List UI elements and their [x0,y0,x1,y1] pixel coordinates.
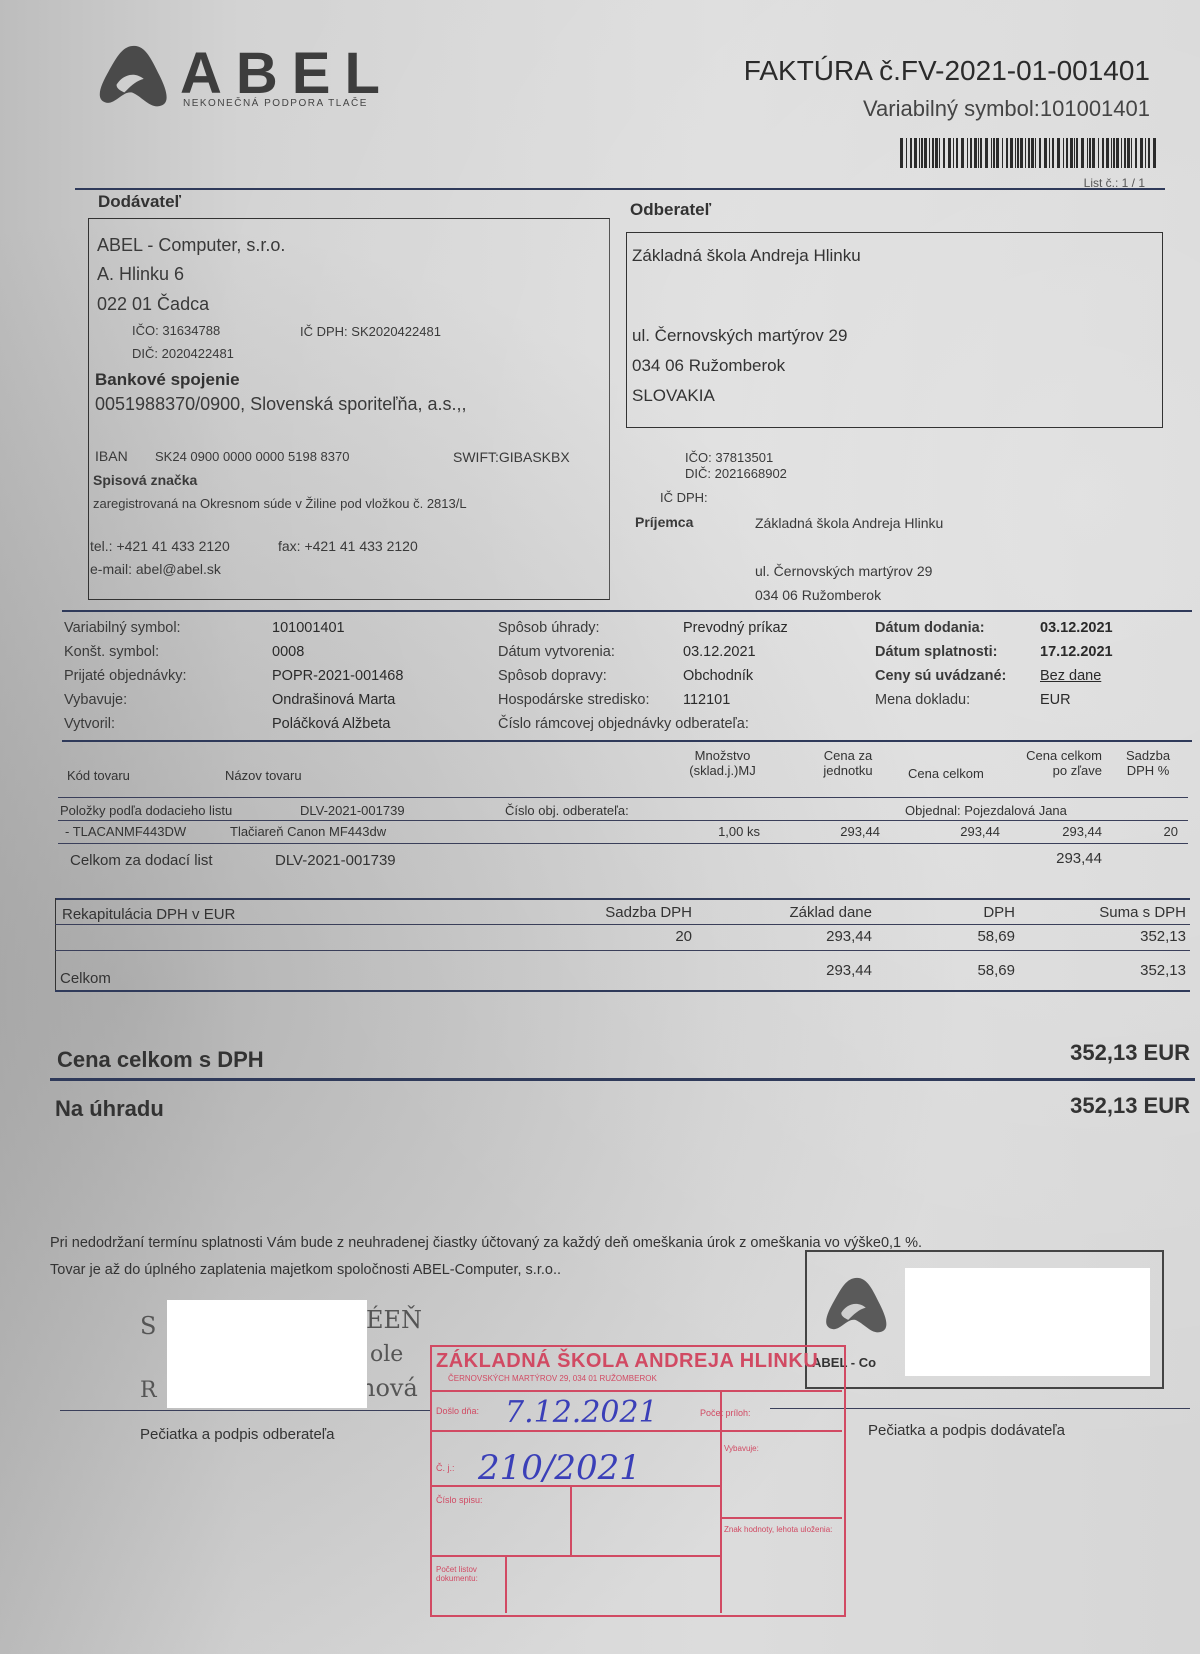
bank-heading: Bankové spojenie [95,370,240,390]
stamp-divider [430,1390,842,1392]
subtotal-value: 293,44 [1000,850,1102,867]
total-with-vat-label: Cena celkom s DPH [57,1047,264,1073]
bank-account: 0051988370/0900, Slovenská sporiteľňa, a… [95,394,467,415]
customer-sign-caption: Pečiatka a podpis odberateľa [140,1426,335,1443]
stamp-divider [505,1555,507,1613]
to-pay-value: 352,13 EUR [900,1093,1190,1119]
registry-received-label: Došlo dňa: [436,1406,479,1416]
customer-stamp-fragment: ÉEŇ [366,1306,422,1334]
barcode [900,138,1160,168]
rows-divider [58,843,1188,844]
stamp-divider [430,1555,720,1557]
vat-total-label: Celkom [60,970,111,987]
stamp-divider [430,1430,842,1432]
iban-value: SK24 0900 0000 0000 5198 8370 [155,449,349,464]
detail-label: Dátum vytvorenia: [498,644,615,660]
registry-stamp-school: ZÁKLADNÁ ŠKOLA ANDREJA HLINKU [436,1350,818,1373]
supplier-ic-dph: IČ DPH: SK2020422481 [300,324,441,339]
detail-value: EUR [1040,692,1071,708]
customer-stamp-fragment: R [140,1378,157,1403]
recipient-name: Základná škola Andreja Hlinku [755,515,943,531]
customer-city: 034 06 Ružomberok [632,356,785,376]
item-qty: 1,00 ks [660,824,760,839]
item-unit-price: 293,44 [790,824,880,839]
customer-stamp-fragment: nová [360,1374,418,1402]
registry-stamp-address: ČERNOVSKÝCH MARTÝROV 29, 034 01 RUŽOMBER… [448,1374,657,1383]
detail-value: Prevodný príkaz [683,620,788,636]
item-code: - TLACANMF443DW [65,824,225,839]
items-header-divider-top [62,740,1192,742]
item-name: Tlačiareň Canon MF443dw [230,824,460,839]
redacted-signature-supplier [905,1268,1150,1376]
customer-country: SLOVAKIA [632,386,715,406]
vat-summary-top [55,898,1190,900]
ownership-note: Tovar je až do úplného zaplatenia majetk… [50,1262,561,1278]
stamp-divider [720,1517,842,1519]
detail-label: Spôsob úhrady: [498,620,600,636]
subtotal-delivery-note: DLV-2021-001739 [275,852,396,869]
vat-total-vat: 58,69 [920,962,1015,979]
vat-row-rate: 20 [570,928,692,945]
detail-label: Vytvoril: [64,716,115,732]
customer-sign-line [60,1410,430,1411]
vat-rows-divider [55,950,1190,951]
detail-label: Vybavuje: [64,692,127,708]
registry-storage-label: Znak hodnoty, lehota uloženia: [724,1525,834,1534]
variable-symbol-header: Variabilný symbol:101001401 [863,96,1150,122]
customer-stamp-fragment: ole [370,1342,403,1367]
detail-label: Mena dokladu: [875,692,970,708]
stamp-divider [570,1485,572,1555]
registry-heading: Spisová značka [93,472,197,488]
detail-value: Ondrašinová Marta [272,692,395,708]
registry-file-label: Číslo spisu: [436,1495,483,1505]
detail-label: Ceny sú uvádzané: [875,668,1006,684]
late-payment-note: Pri nedodržaní termínu splatnosti Vám bu… [50,1235,922,1251]
stamp-divider [430,1485,720,1487]
customer-ico: IČO: 37813501 [685,450,773,465]
detail-value: 112101 [683,692,730,708]
col-vat-rate: SadzbaDPH % [1118,748,1178,778]
supplier-stamp-logo-icon [822,1272,892,1338]
customer-dic: DIČ: 2021668902 [685,466,787,481]
col-qty: Množstvo(sklad.j.)MJ [660,748,785,778]
header-divider [75,188,1165,190]
item-total: 293,44 [900,824,1000,839]
items-header-divider [58,797,1188,798]
detail-value: Obchodník [683,668,753,684]
to-pay-label: Na úhradu [55,1096,164,1122]
recipient-street: ul. Černovských martýrov 29 [755,563,932,579]
detail-value: 17.12.2021 [1040,644,1113,660]
recipient-city: 034 06 Ružomberok [755,587,881,603]
col-code: Kód tovaru [67,768,130,783]
vat-summary-title: Rekapitulácia DPH v EUR [62,906,235,923]
detail-label: Číslo rámcovej objednávky odberateľa: [498,716,749,732]
logo-tagline: NEKONEČNÁ PODPORA TLAČE [183,98,368,109]
vat-col-base: Základ dane [740,904,872,921]
vat-summary-header-divider [55,924,1190,925]
stamp-divider [720,1390,722,1613]
supplier-dic: DIČ: 2020422481 [132,346,234,361]
group-label: Položky podľa dodacieho listu [60,803,232,818]
iban-label: IBAN [95,448,128,464]
group-ordered-by: Objednal: Pojezdalová Jana [905,803,1067,818]
registry-number: 210/2021 [478,1448,641,1488]
vat-row-total: 352,13 [1060,928,1186,945]
swift-code: SWIFT:GIBASKBX [453,449,570,465]
item-vat-rate: 20 [1118,824,1178,839]
detail-label: Spôsob dopravy: [498,668,607,684]
recipient-label: Príjemca [635,514,693,530]
totals-divider [50,1078,1195,1081]
vat-col-rate: Sadzba DPH [570,904,692,921]
registry-text: zaregistrovaná na Okresnom súde v Žiline… [93,496,467,511]
registry-number-label: Č. j.: [436,1463,455,1473]
vat-summary-bottom [55,990,1190,992]
redacted-signature-customer [167,1300,367,1408]
detail-label: Prijaté objednávky: [64,668,187,684]
customer-street: ul. Černovských martýrov 29 [632,326,847,346]
detail-value: Poláčková Alžbeta [272,716,391,732]
customer-ic-dph: IČ DPH: [660,490,708,505]
customer-name: Základná škola Andreja Hlinku [632,246,861,266]
vat-col-total: Suma s DPH [1060,904,1186,921]
detail-value: Bez dane [1040,668,1101,684]
col-name: Názov tovaru [225,768,302,783]
registry-handled-label: Vybavuje: [724,1444,759,1453]
registry-sheets-label: Počet listov dokumentu: [436,1565,506,1583]
detail-value: 03.12.2021 [683,644,756,660]
col-unit-price: Cena zajednotku [808,748,888,778]
vat-total-base: 293,44 [740,962,872,979]
detail-label: Hospodárske stredisko: [498,692,650,708]
supplier-tel: tel.: +421 41 433 2120 [90,538,230,554]
detail-value: POPR-2021-001468 [272,668,403,684]
detail-label: Variabilný symbol: [64,620,181,636]
detail-value: 101001401 [272,620,345,636]
detail-value: 03.12.2021 [1040,620,1113,636]
supplier-heading: Dodávateľ [98,192,181,212]
group-divider [58,820,1188,821]
details-divider [62,610,1192,612]
supplier-ico: IČO: 31634788 [132,323,220,338]
subtotal-label: Celkom za dodací list [70,852,213,869]
abel-logo-icon [95,42,173,110]
col-total: Cena celkom [908,766,984,781]
supplier-city: 022 01 Čadca [97,294,209,315]
vat-row-vat: 58,69 [920,928,1015,945]
customer-heading: Odberateľ [630,200,711,220]
detail-label: Konšt. symbol: [64,644,159,660]
supplier-fax: fax: +421 41 433 2120 [278,538,418,554]
supplier-name: ABEL - Computer, s.r.o. [97,235,285,256]
group-delivery-note: DLV-2021-001739 [300,803,405,818]
customer-stamp-fragment: S [140,1312,156,1340]
supplier-sign-caption: Pečiatka a podpis dodávateľa [868,1422,1065,1439]
vat-total-sum: 352,13 [1060,962,1186,979]
detail-label: Dátum dodania: [875,620,985,636]
registry-received-date: 7.12.2021 [505,1395,658,1430]
total-with-vat-value: 352,13 EUR [900,1040,1190,1066]
detail-value: 0008 [272,644,304,660]
invoice-title: FAKTÚRA č.FV-2021-01-001401 [744,55,1150,87]
supplier-street: A. Hlinku 6 [97,264,184,285]
vat-summary-left-border [55,898,56,992]
detail-label: Dátum splatnosti: [875,644,997,660]
col-total-discount: Cena celkompo zľave [1000,748,1102,778]
registry-attachments-label: Počet príloh: [700,1408,751,1418]
supplier-email: e-mail: abel@abel.sk [90,561,221,577]
vat-col-vat: DPH [920,904,1015,921]
item-total-after-discount: 293,44 [1000,824,1102,839]
vat-row-base: 293,44 [740,928,872,945]
group-customer-order: Číslo obj. odberateľa: [505,803,629,818]
logo-text: ABEL [180,40,394,107]
